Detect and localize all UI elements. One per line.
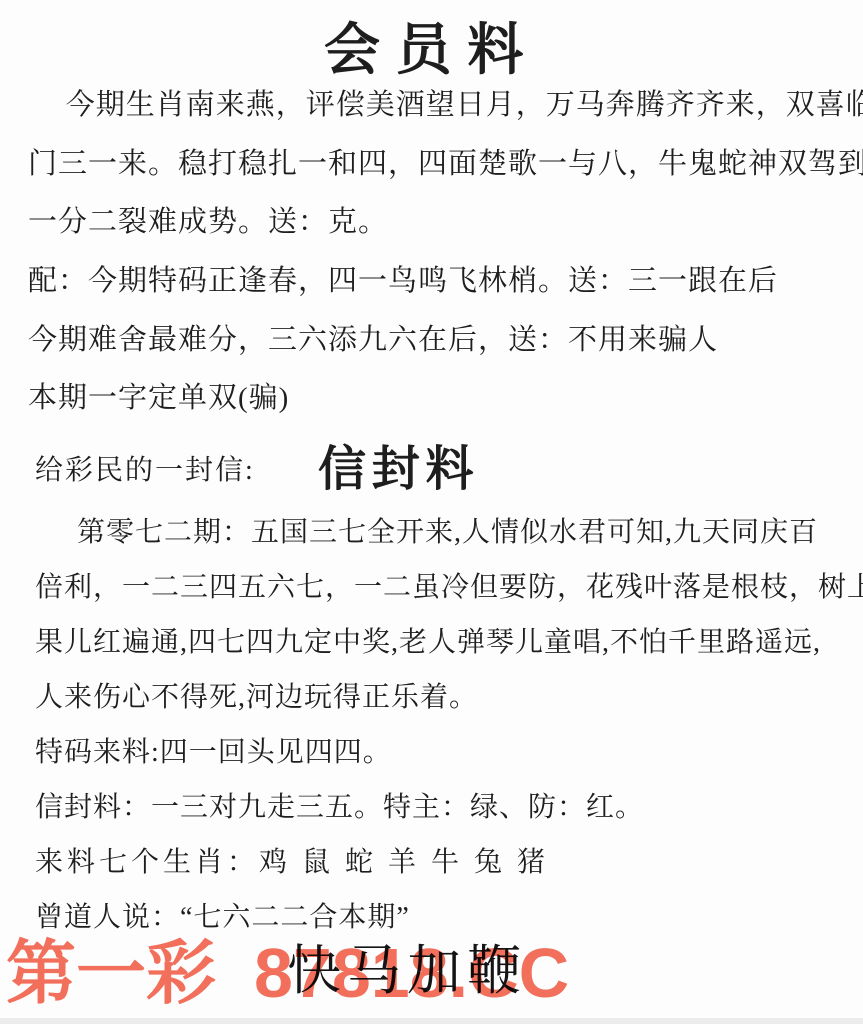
document-page: 会员料 今期生肖南来燕，评偿美酒望日月，万马奔腾齐齐来，双喜临 门三一来。稳打稳… — [0, 0, 863, 1024]
member-line: 配：今期特码正逢春，四一鸟鸣飞林梢。送：三一跟在后 — [28, 258, 845, 317]
envelope-tip-line: 信封料：一三对九走三五。特主：绿、防：红。 — [35, 785, 845, 840]
special-code-line: 特码来料:四一回头见四四。 — [35, 730, 845, 785]
member-section: 今期生肖南来燕，评偿美酒望日月，万马奔腾齐齐来，双喜临 门三一来。稳打稳扎一和四… — [28, 82, 845, 434]
member-line: 本期一字定单双(骗) — [28, 375, 845, 434]
handwritten-overlay-text: 快马加鞭 — [287, 944, 527, 998]
member-section-title: 会员料 — [0, 6, 863, 86]
letter-to-players-label: 给彩民的一封信: — [35, 448, 255, 488]
member-line: 门三一来。稳打稳扎一和四，四面楚歌一与八，牛鬼蛇神双驾到， — [28, 141, 845, 200]
watermark-brand: 第一彩 — [6, 938, 216, 1008]
envelope-section-title: 信封料 — [318, 430, 479, 499]
zodiac-line: 来料七个生肖：鸡 鼠 蛇 羊 牛 兔 猪 — [35, 840, 845, 895]
envelope-heading-row: 给彩民的一封信: 信封料 — [35, 430, 843, 494]
envelope-line: 人来伤心不得死,河边玩得正乐着。 — [35, 675, 845, 730]
envelope-line: 倍利，一二三四五六七，一二虽冷但要防，花残叶落是根枝，树上 — [35, 565, 845, 620]
member-line: 今期生肖南来燕，评偿美酒望日月，万马奔腾齐齐来，双喜临 — [28, 82, 845, 141]
envelope-line: 第零七二期：五国三七全开来,人情似水君可知,九天同庆百 — [35, 510, 845, 565]
envelope-section: 第零七二期：五国三七全开来,人情似水君可知,九天同庆百 倍利，一二三四五六七，一… — [35, 510, 845, 950]
member-line: 今期难舍最难分，三六添九六在后，送：不用来骗人 — [28, 317, 845, 376]
member-line: 一分二裂难成势。送：克。 — [28, 199, 845, 258]
scan-edge-artifact — [0, 1018, 863, 1024]
envelope-line: 果儿红遍通,四七四九定中奖,老人弹琴儿童唱,不怕千里路遥远, — [35, 620, 845, 675]
